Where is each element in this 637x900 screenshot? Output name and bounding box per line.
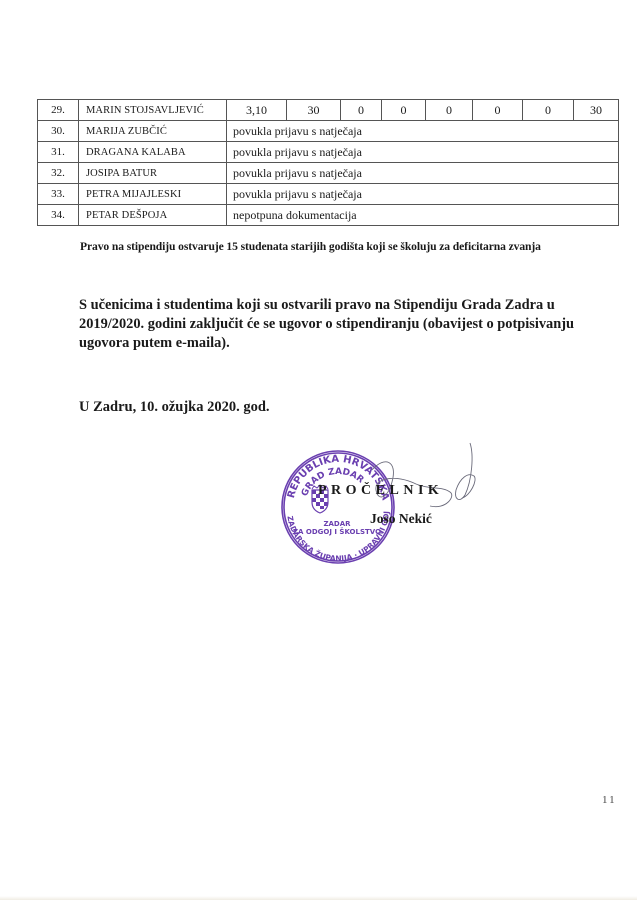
contract-paragraph: S učenicima i studentima koji su ostvari… xyxy=(79,296,619,353)
score-cell: 0 xyxy=(382,100,426,121)
score-cell: 30 xyxy=(287,100,341,121)
status-note: povukla prijavu s natječaja xyxy=(227,142,619,163)
table-row: 30.MARIJA ZUBČIĆpovukla prijavu s natječ… xyxy=(38,121,619,142)
row-number: 32. xyxy=(38,163,79,184)
row-number: 29. xyxy=(38,100,79,121)
status-note: nepotpuna dokumentacija xyxy=(227,205,619,226)
svg-text:ZADAR: ZADAR xyxy=(323,520,351,528)
signatory-name: Joso Nekić xyxy=(370,511,432,527)
student-name: DRAGANA KALABA xyxy=(79,142,227,163)
row-number: 34. xyxy=(38,205,79,226)
score-cell: 0 xyxy=(426,100,473,121)
svg-text:ZA ODGOJ I ŠKOLSTVO: ZA ODGOJ I ŠKOLSTVO xyxy=(293,527,381,536)
status-note: povukla prijavu s natječaja xyxy=(227,163,619,184)
student-name: MARIJA ZUBČIĆ xyxy=(79,121,227,142)
student-name: MARIN STOJSAVLJEVIĆ xyxy=(79,100,227,121)
student-name: PETAR DEŠPOJA xyxy=(79,205,227,226)
score-cell: 3,10 xyxy=(227,100,287,121)
student-name: PETRA MIJAJLESKI xyxy=(79,184,227,205)
score-cell: 0 xyxy=(473,100,523,121)
page-number: 11 xyxy=(602,794,617,806)
scholarship-note: Pravo na stipendiju ostvaruje 15 studena… xyxy=(80,240,541,253)
status-note: povukla prijavu s natječaja xyxy=(227,121,619,142)
student-name: JOSIPA BATUR xyxy=(79,163,227,184)
row-number: 33. xyxy=(38,184,79,205)
scan-edge xyxy=(0,896,637,900)
row-number: 30. xyxy=(38,121,79,142)
table-row: 34.PETAR DEŠPOJAnepotpuna dokumentacija xyxy=(38,205,619,226)
results-table: 29.MARIN STOJSAVLJEVIĆ3,1030000003030.MA… xyxy=(37,99,619,226)
signatory-title: PROČELNIK xyxy=(318,483,443,499)
table-row: 31.DRAGANA KALABApovukla prijavu s natje… xyxy=(38,142,619,163)
row-number: 31. xyxy=(38,142,79,163)
date-line: U Zadru, 10. ožujka 2020. god. xyxy=(79,399,270,416)
status-note: povukla prijavu s natječaja xyxy=(227,184,619,205)
table-row: 29.MARIN STOJSAVLJEVIĆ3,10300000030 xyxy=(38,100,619,121)
table-row: 33.PETRA MIJAJLESKIpovukla prijavu s nat… xyxy=(38,184,619,205)
score-cell: 30 xyxy=(574,100,619,121)
score-cell: 0 xyxy=(341,100,382,121)
table-row: 32.JOSIPA BATURpovukla prijavu s natječa… xyxy=(38,163,619,184)
score-cell: 0 xyxy=(523,100,574,121)
